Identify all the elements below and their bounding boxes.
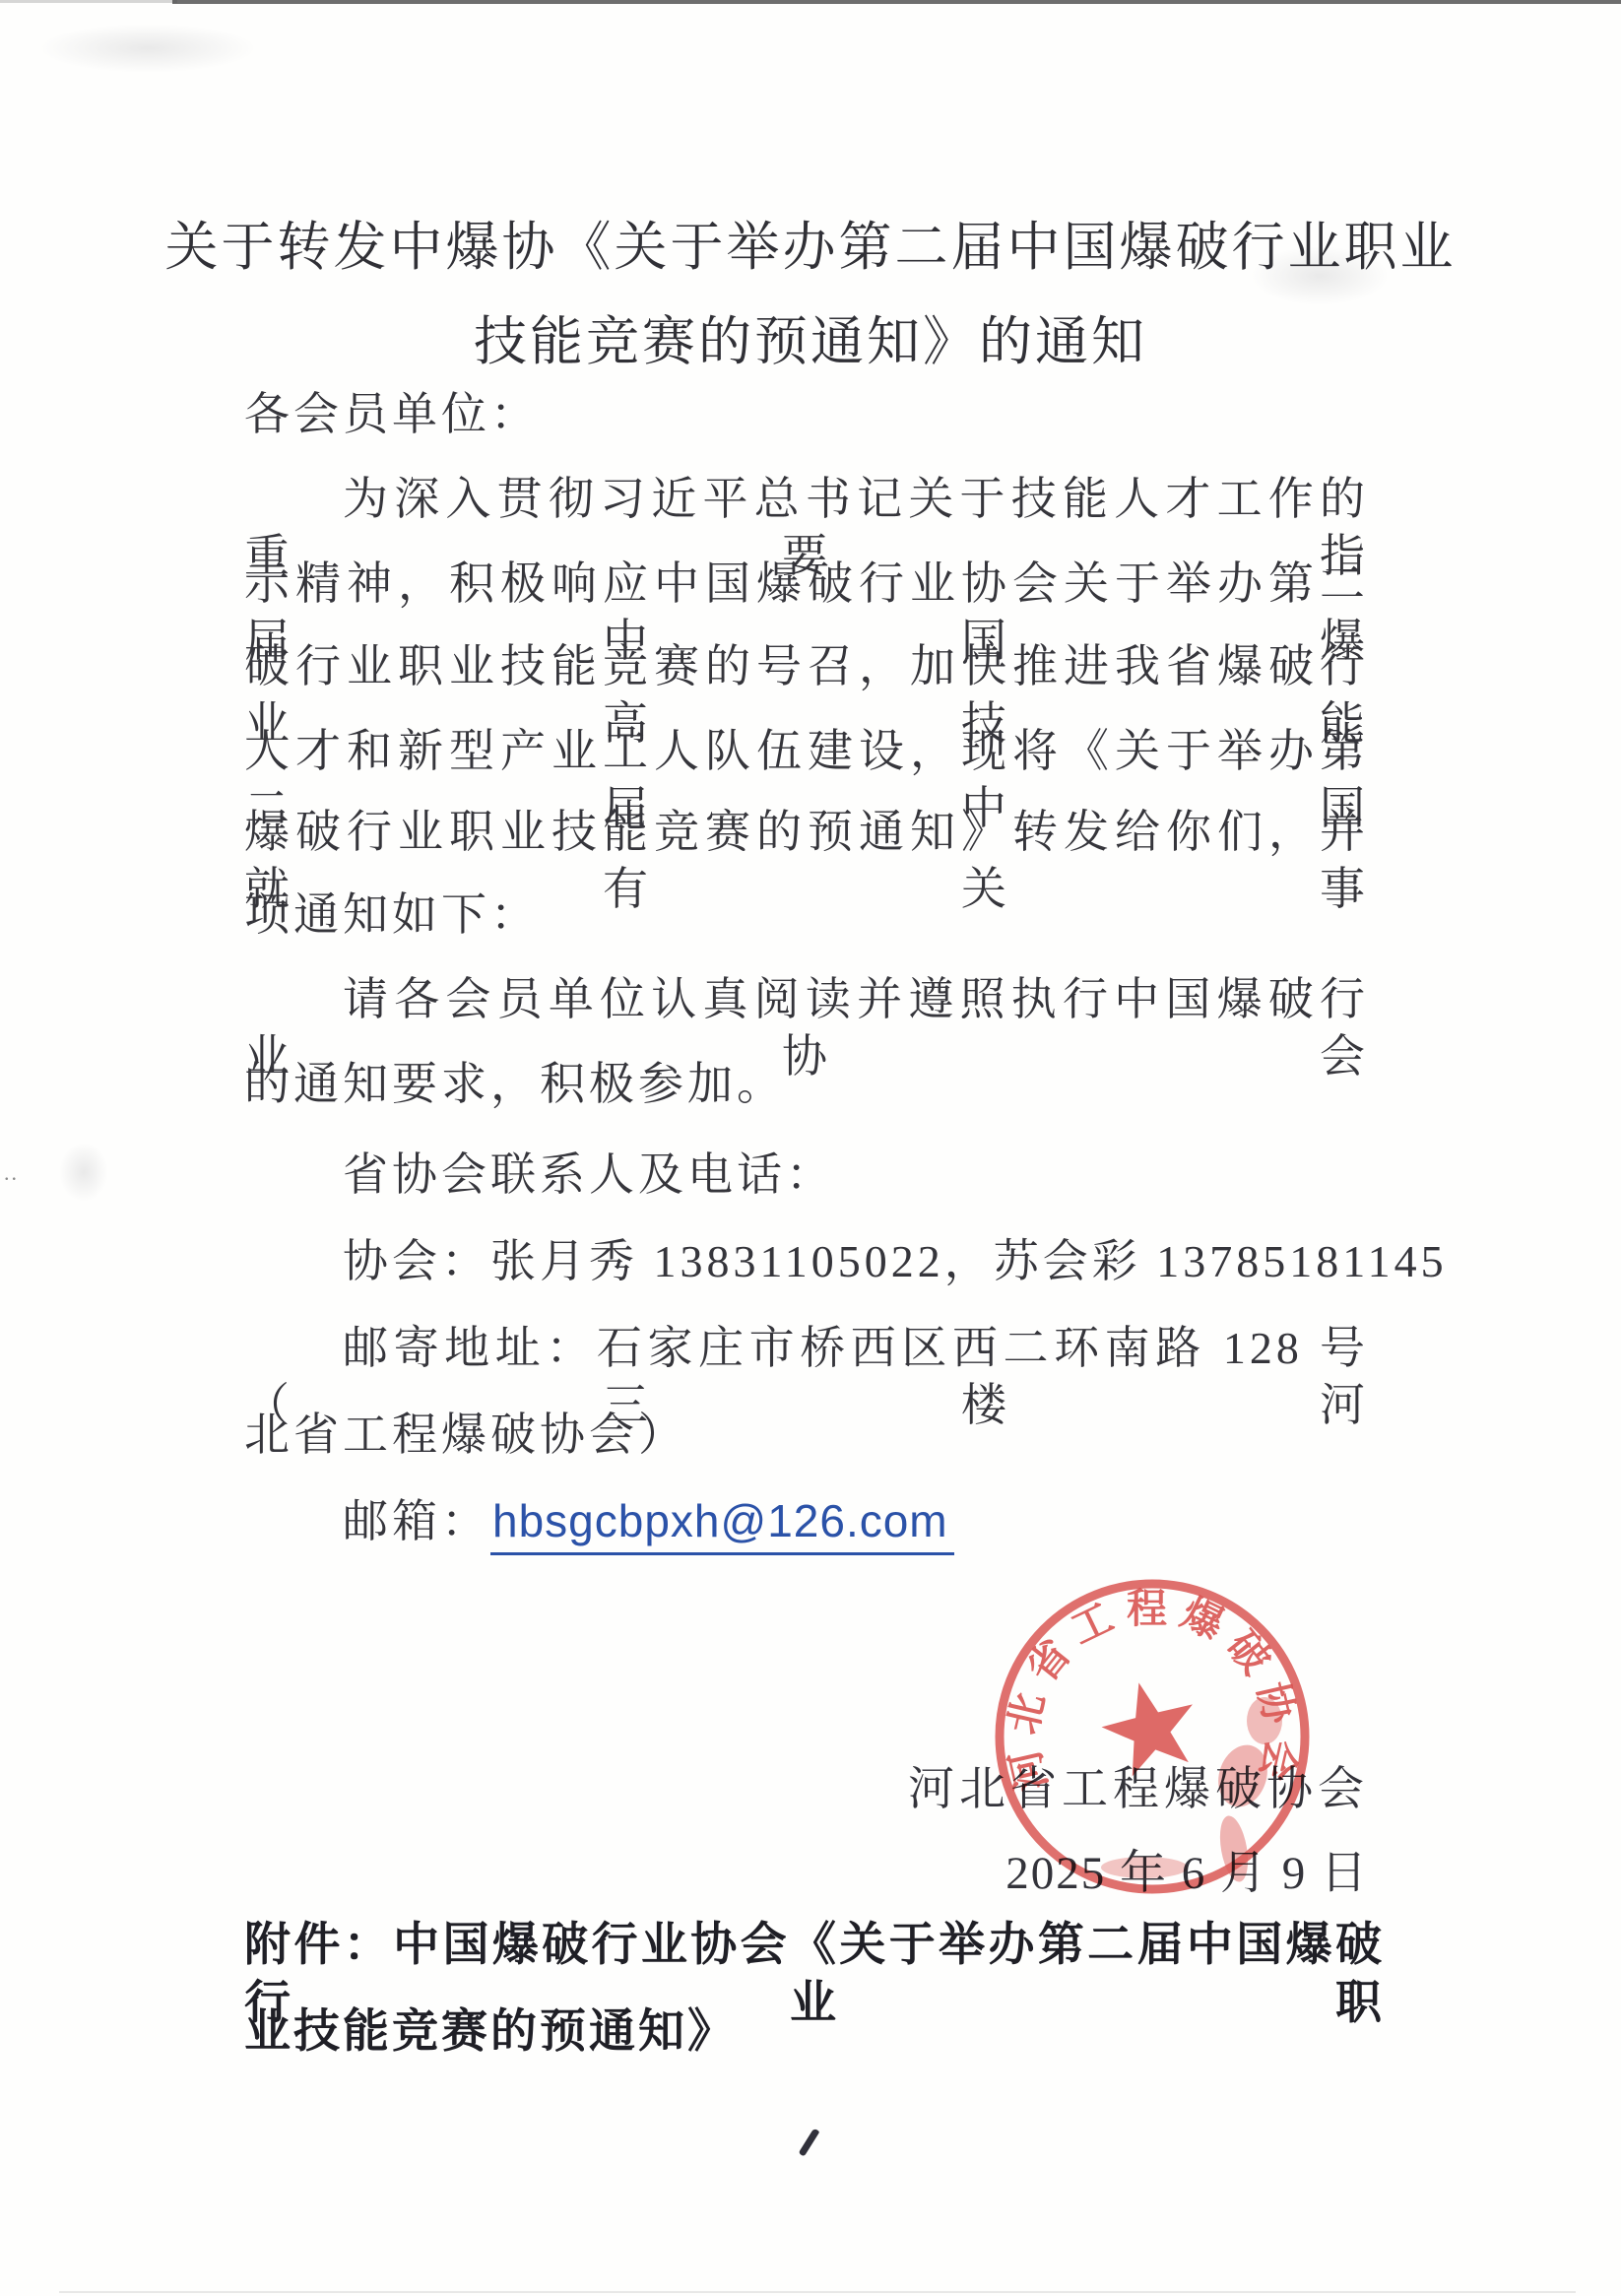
scan-edge-artifact-bottom bbox=[59, 2291, 1576, 2293]
body-line-6: 项通知如下： bbox=[244, 886, 1369, 944]
document-title-line-1: 关于转发中爆协《关于举办第二届中国爆破行业职业 bbox=[0, 215, 1621, 282]
document-title-line-2: 技能竞赛的预通知》的通知 bbox=[0, 309, 1621, 376]
salutation: 各会员单位： bbox=[244, 386, 1369, 443]
stamp-ink-blotch bbox=[1101, 1857, 1188, 1878]
contact-phones: 协会：张月秀 13831105022，苏会彩 13785181145 bbox=[244, 1233, 1369, 1290]
attachment-line-2: 业技能竞赛的预通知》 bbox=[244, 2003, 1385, 2062]
contact-email-row: 邮箱：hbsgcbpxh@126.com bbox=[244, 1493, 1369, 1550]
scan-edge-artifact-left bbox=[0, 0, 177, 3]
email-label: 邮箱： bbox=[343, 1496, 490, 1546]
email-link[interactable]: hbsgcbpxh@126.com bbox=[490, 1495, 954, 1555]
scan-speck: .. bbox=[4, 1160, 19, 1186]
scan-edge-artifact bbox=[172, 0, 1621, 4]
official-seal-stamp: 河北省工程爆破协会 bbox=[985, 1571, 1320, 1906]
scan-smudge bbox=[39, 24, 256, 73]
scan-smudge bbox=[59, 1143, 108, 1202]
stray-pen-mark bbox=[799, 2128, 820, 2156]
contact-heading: 省协会联系人及电话： bbox=[244, 1147, 1369, 1204]
contact-address-line-2: 北省工程爆破协会） bbox=[244, 1407, 1369, 1464]
document-page: .. 关于转发中爆协《关于举办第二届中国爆破行业职业 技能竞赛的预通知》的通知 … bbox=[0, 0, 1621, 2296]
stamp-ink-blotch bbox=[1247, 1697, 1282, 1744]
body-line-8: 的通知要求，积极参加。 bbox=[244, 1056, 1369, 1113]
star-icon bbox=[1093, 1672, 1205, 1781]
